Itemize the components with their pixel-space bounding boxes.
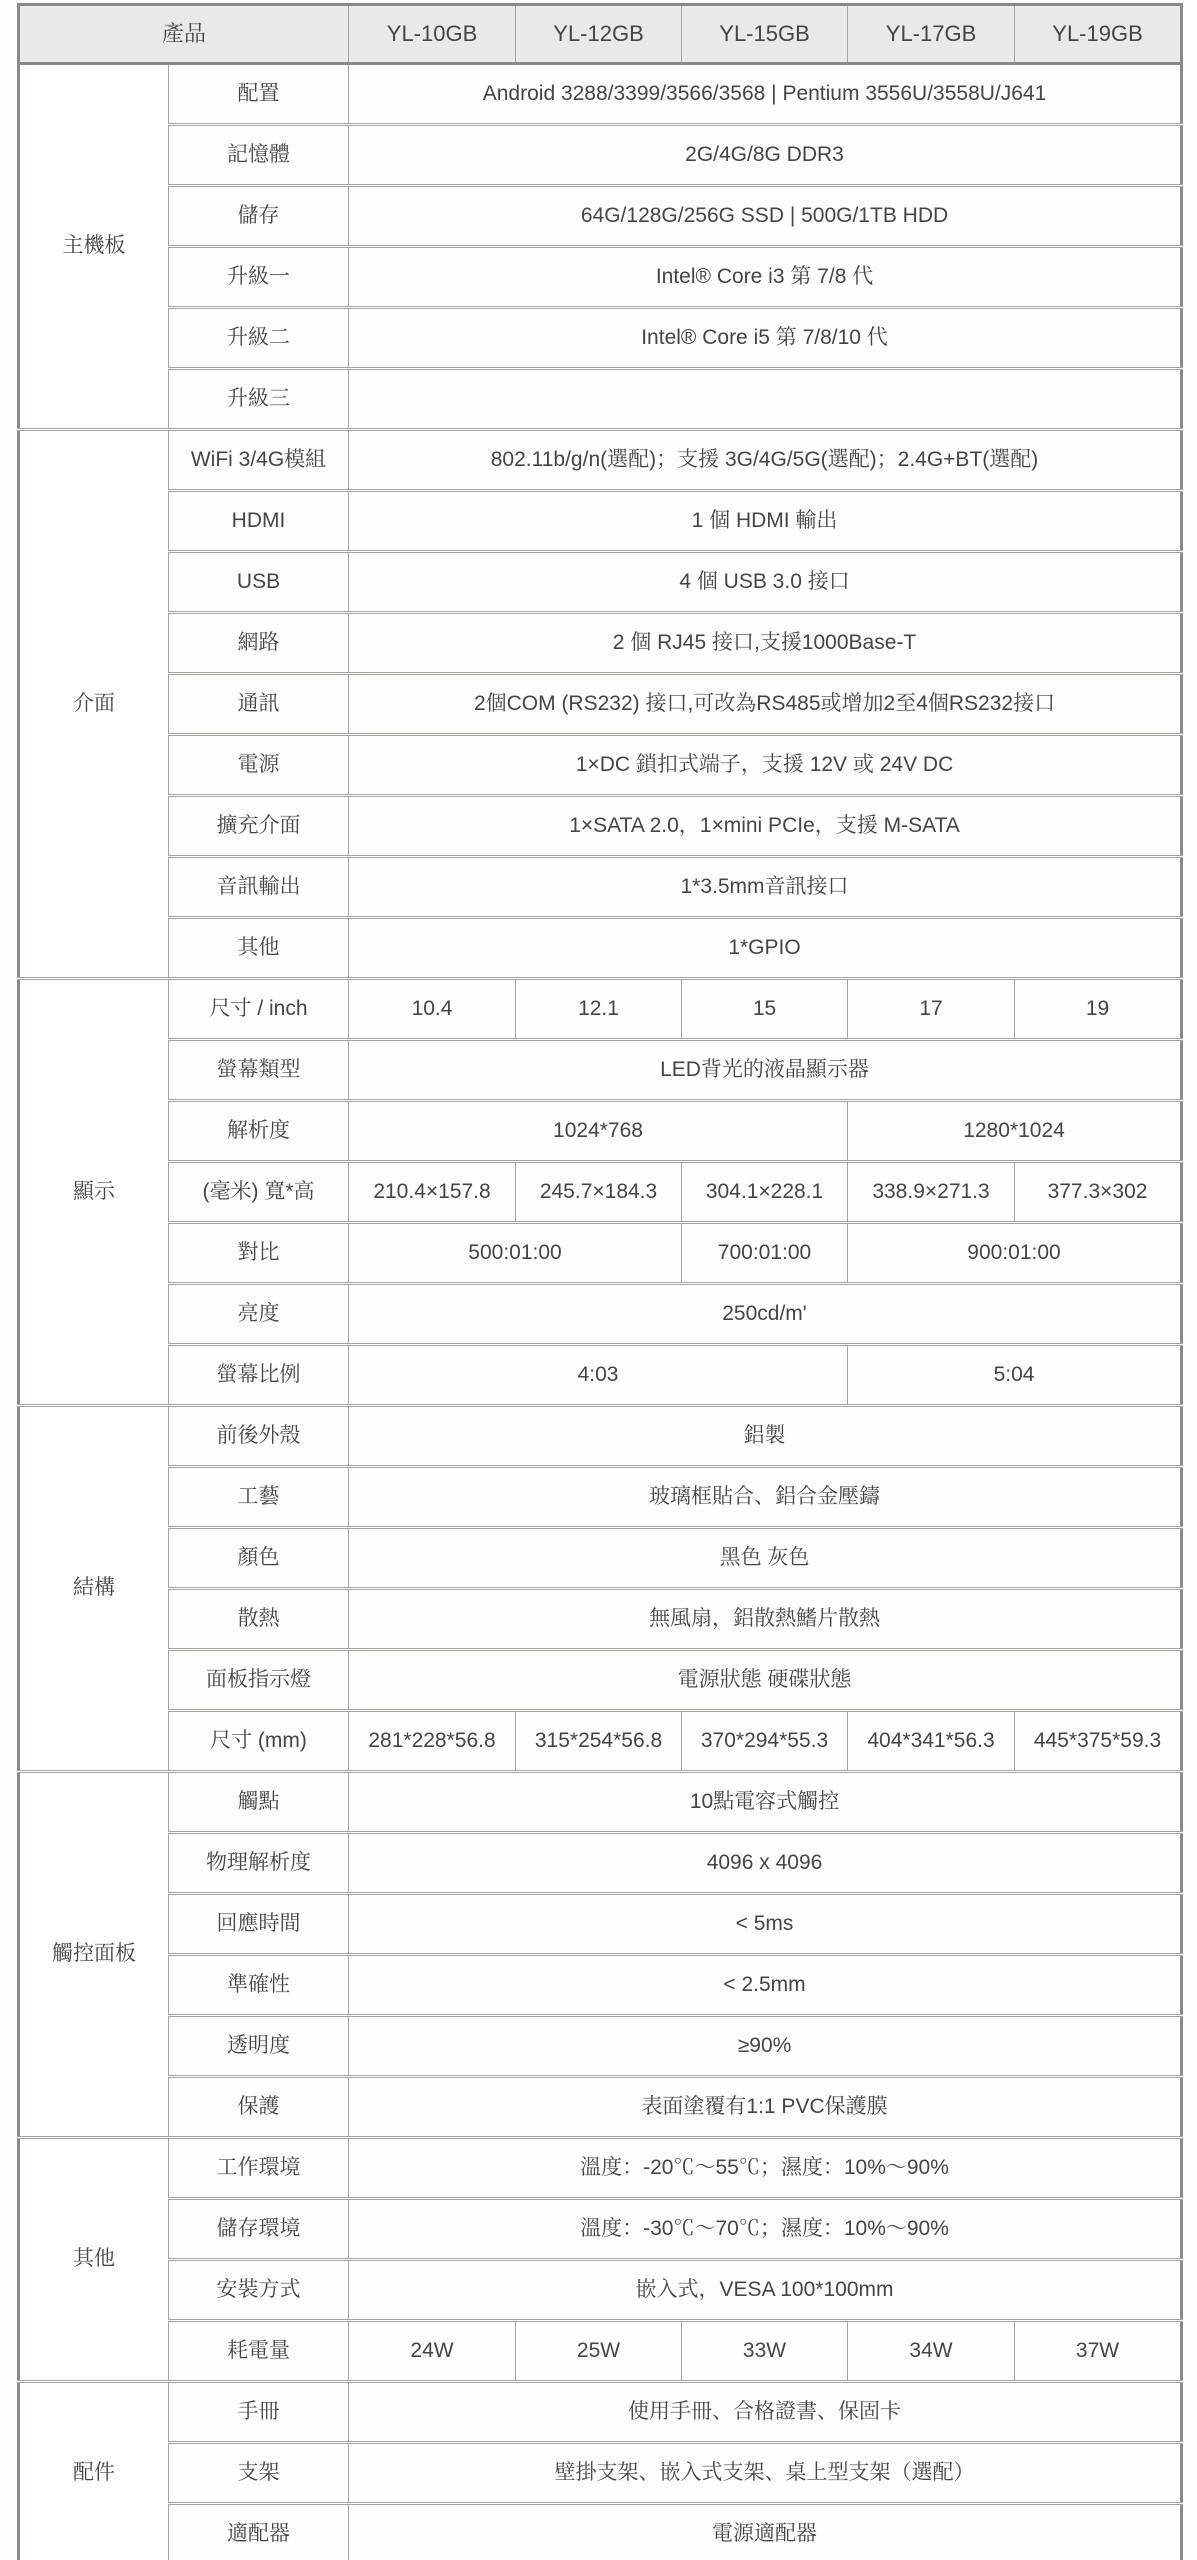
spec-value-cell: 24W [349,2321,516,2382]
spec-value-cell: < 5ms [349,1894,1182,1955]
spec-label-cell: 儲存 [169,186,349,247]
model-header-cell: YL-10GB [349,5,516,64]
spec-table: 產品YL-10GBYL-12GBYL-15GBYL-17GBYL-19GB 主機… [17,3,1183,2560]
spec-value-cell: 445*375*59.3 [1015,1711,1182,1772]
spec-value-cell: 1 個 HDMI 輸出 [349,491,1182,552]
spec-value-cell: 2 個 RJ45 接口,支援1000Base-T [349,613,1182,674]
spec-label-cell: 升級三 [169,369,349,430]
spec-label-cell: 物理解析度 [169,1833,349,1894]
spec-value-cell: 802.11b/g/n(選配)；支援 3G/4G/5G(選配)；2.4G+BT(… [349,430,1182,491]
spec-label-cell: 散熱 [169,1589,349,1650]
spec-value-cell: 1*GPIO [349,918,1182,979]
spec-value-cell: 5:04 [848,1345,1182,1406]
table-row: 結構前後外殼鋁製 [19,1406,1182,1467]
spec-value-cell: 700:01:00 [682,1223,848,1284]
spec-value-cell: 37W [1015,2321,1182,2382]
table-row: 亮度250cd/m' [19,1284,1182,1345]
spec-value-cell: 281*228*56.8 [349,1711,516,1772]
table-row: 電源1×DC 鎖扣式端子，支援 12V 或 24V DC [19,735,1182,796]
spec-value-cell: 1×DC 鎖扣式端子，支援 12V 或 24V DC [349,735,1182,796]
spec-value-cell: Intel® Core i3 第 7/8 代 [349,247,1182,308]
table-row: 解析度1024*7681280*1024 [19,1101,1182,1162]
spec-value-cell: 500:01:00 [349,1223,682,1284]
spec-label-cell: 安裝方式 [169,2260,349,2321]
table-row: 其他1*GPIO [19,918,1182,979]
table-row: 音訊輸出1*3.5mm音訊接口 [19,857,1182,918]
spec-value-cell: 1×SATA 2.0，1×mini PCIe，支援 M-SATA [349,796,1182,857]
table-row: 介面WiFi 3/4G模組802.11b/g/n(選配)；支援 3G/4G/5G… [19,430,1182,491]
spec-value-cell: 壁掛支架、嵌入式支架、桌上型支架（選配） [349,2443,1182,2504]
spec-value-cell: 玻璃框貼合、鋁合金壓鑄 [349,1467,1182,1528]
group-cell: 觸控面板 [19,1772,169,2138]
spec-value-cell: 使用手冊、合格證書、保固卡 [349,2382,1182,2443]
spec-label-cell: 其他 [169,918,349,979]
table-row: USB4 個 USB 3.0 接口 [19,552,1182,613]
table-row: 保護表面塗覆有1:1 PVC保護膜 [19,2077,1182,2138]
table-row: (毫米) 寬*高210.4×157.8245.7×184.3304.1×228.… [19,1162,1182,1223]
table-row: 面板指示燈電源狀態 硬碟狀態 [19,1650,1182,1711]
spec-value-cell: 377.3×302 [1015,1162,1182,1223]
spec-value-cell: 電源狀態 硬碟狀態 [349,1650,1182,1711]
group-cell: 配件 [19,2382,169,2560]
table-row: 其他工作環境溫度：-20℃～55℃；濕度：10%～90% [19,2138,1182,2199]
spec-label-cell: 儲存環境 [169,2199,349,2260]
spec-value-cell: 900:01:00 [848,1223,1182,1284]
spec-label-cell: 螢幕比例 [169,1345,349,1406]
group-cell: 主機板 [19,64,169,430]
spec-label-cell: 擴充介面 [169,796,349,857]
product-header-cell: 產品 [19,5,349,64]
spec-label-cell: 支架 [169,2443,349,2504]
spec-value-cell: 1024*768 [349,1101,848,1162]
spec-value-cell: 304.1×228.1 [682,1162,848,1223]
table-row: 散熱無風扇，鋁散熱鰭片散熱 [19,1589,1182,1650]
model-header-cell: YL-15GB [682,5,848,64]
spec-value-cell: 2個COM (RS232) 接口,可改為RS485或增加2至4個RS232接口 [349,674,1182,735]
table-row: 準確性< 2.5mm [19,1955,1182,2016]
spec-label-cell: 配置 [169,64,349,125]
spec-value-cell: 電源適配器 [349,2504,1182,2560]
spec-value-cell: 210.4×157.8 [349,1162,516,1223]
table-row: 觸控面板觸點10點電容式觸控 [19,1772,1182,1833]
table-row: 網路2 個 RJ45 接口,支援1000Base-T [19,613,1182,674]
spec-value-cell: LED背光的液晶顯示器 [349,1040,1182,1101]
table-row: 耗電量24W25W33W34W37W [19,2321,1182,2382]
model-header-cell: YL-17GB [848,5,1015,64]
spec-value-cell: < 2.5mm [349,1955,1182,2016]
spec-label-cell: 準確性 [169,1955,349,2016]
group-cell: 介面 [19,430,169,979]
spec-value-cell: ≥90% [349,2016,1182,2077]
spec-label-cell: 顏色 [169,1528,349,1589]
table-row: 安裝方式嵌入式，VESA 100*100mm [19,2260,1182,2321]
table-row: 顯示尺寸 / inch10.412.1151719 [19,979,1182,1040]
spec-label-cell: 音訊輸出 [169,857,349,918]
table-row: 升級二Intel® Core i5 第 7/8/10 代 [19,308,1182,369]
spec-value-cell: 338.9×271.3 [848,1162,1015,1223]
spec-label-cell: WiFi 3/4G模組 [169,430,349,491]
spec-value-cell: 25W [516,2321,682,2382]
spec-value-cell: 315*254*56.8 [516,1711,682,1772]
spec-value-cell: 10.4 [349,979,516,1040]
spec-label-cell: 工作環境 [169,2138,349,2199]
spec-label-cell: (毫米) 寬*高 [169,1162,349,1223]
spec-value-cell: 鋁製 [349,1406,1182,1467]
group-cell: 結構 [19,1406,169,1772]
spec-label-cell: 尺寸 / inch [169,979,349,1040]
spec-value-cell [349,369,1182,430]
spec-value-cell: Intel® Core i5 第 7/8/10 代 [349,308,1182,369]
spec-value-cell: 370*294*55.3 [682,1711,848,1772]
table-row: 回應時間< 5ms [19,1894,1182,1955]
spec-label-cell: 觸點 [169,1772,349,1833]
spec-label-cell: 透明度 [169,2016,349,2077]
table-row: 儲存環境溫度：-30℃～70℃；濕度：10%～90% [19,2199,1182,2260]
spec-label-cell: 手冊 [169,2382,349,2443]
model-header-cell: YL-19GB [1015,5,1182,64]
spec-value-cell: 4 個 USB 3.0 接口 [349,552,1182,613]
spec-value-cell: 2G/4G/8G DDR3 [349,125,1182,186]
spec-value-cell: 1*3.5mm音訊接口 [349,857,1182,918]
spec-value-cell: 黑色 灰色 [349,1528,1182,1589]
spec-value-cell: 64G/128G/256G SSD | 500G/1TB HDD [349,186,1182,247]
spec-value-cell: Android 3288/3399/3566/3568 | Pentium 35… [349,64,1182,125]
table-row: 記憶體2G/4G/8G DDR3 [19,125,1182,186]
table-row: 通訊2個COM (RS232) 接口,可改為RS485或增加2至4個RS232接… [19,674,1182,735]
spec-label-cell: 尺寸 (mm) [169,1711,349,1772]
spec-value-cell: 表面塗覆有1:1 PVC保護膜 [349,2077,1182,2138]
spec-value-cell: 4:03 [349,1345,848,1406]
table-row: 顏色黑色 灰色 [19,1528,1182,1589]
spec-value-cell: 12.1 [516,979,682,1040]
spec-value-cell: 10點電容式觸控 [349,1772,1182,1833]
spec-value-cell: 33W [682,2321,848,2382]
group-cell: 其他 [19,2138,169,2382]
spec-value-cell: 245.7×184.3 [516,1162,682,1223]
table-row: 配件手冊使用手冊、合格證書、保固卡 [19,2382,1182,2443]
spec-label-cell: 升級一 [169,247,349,308]
spec-label-cell: 工藝 [169,1467,349,1528]
table-row: 升級三 [19,369,1182,430]
spec-value-cell: 1280*1024 [848,1101,1182,1162]
spec-label-cell: 前後外殼 [169,1406,349,1467]
spec-value-cell: 溫度：-30℃～70℃；濕度：10%～90% [349,2199,1182,2260]
table-row: 儲存64G/128G/256G SSD | 500G/1TB HDD [19,186,1182,247]
spec-label-cell: 記憶體 [169,125,349,186]
spec-value-cell: 15 [682,979,848,1040]
spec-label-cell: 耗電量 [169,2321,349,2382]
table-row: 適配器電源適配器 [19,2504,1182,2560]
table-row: 透明度≥90% [19,2016,1182,2077]
spec-label-cell: 亮度 [169,1284,349,1345]
spec-value-cell: 溫度：-20℃～55℃；濕度：10%～90% [349,2138,1182,2199]
group-cell: 顯示 [19,979,169,1406]
spec-label-cell: 解析度 [169,1101,349,1162]
spec-label-cell: 通訊 [169,674,349,735]
model-header-cell: YL-12GB [516,5,682,64]
table-row: 升級一Intel® Core i3 第 7/8 代 [19,247,1182,308]
spec-value-cell: 404*341*56.3 [848,1711,1015,1772]
table-row: 擴充介面1×SATA 2.0，1×mini PCIe，支援 M-SATA [19,796,1182,857]
spec-label-cell: USB [169,552,349,613]
spec-value-cell: 250cd/m' [349,1284,1182,1345]
spec-value-cell: 4096 x 4096 [349,1833,1182,1894]
spec-label-cell: 螢幕類型 [169,1040,349,1101]
spec-label-cell: 保護 [169,2077,349,2138]
table-row: 主機板配置Android 3288/3399/3566/3568 | Penti… [19,64,1182,125]
header-row: 產品YL-10GBYL-12GBYL-15GBYL-17GBYL-19GB [19,5,1182,64]
table-row: HDMI1 個 HDMI 輸出 [19,491,1182,552]
spec-label-cell: 升級二 [169,308,349,369]
spec-label-cell: 對比 [169,1223,349,1284]
spec-value-cell: 無風扇，鋁散熱鰭片散熱 [349,1589,1182,1650]
spec-label-cell: HDMI [169,491,349,552]
spec-label-cell: 回應時間 [169,1894,349,1955]
table-row: 支架壁掛支架、嵌入式支架、桌上型支架（選配） [19,2443,1182,2504]
table-row: 螢幕比例4:035:04 [19,1345,1182,1406]
table-row: 物理解析度4096 x 4096 [19,1833,1182,1894]
spec-label-cell: 適配器 [169,2504,349,2560]
table-row: 螢幕類型LED背光的液晶顯示器 [19,1040,1182,1101]
spec-label-cell: 網路 [169,613,349,674]
table-row: 尺寸 (mm)281*228*56.8315*254*56.8370*294*5… [19,1711,1182,1772]
spec-value-cell: 嵌入式，VESA 100*100mm [349,2260,1182,2321]
spec-label-cell: 面板指示燈 [169,1650,349,1711]
spec-value-cell: 19 [1015,979,1182,1040]
spec-value-cell: 17 [848,979,1015,1040]
spec-value-cell: 34W [848,2321,1015,2382]
table-row: 對比500:01:00700:01:00900:01:00 [19,1223,1182,1284]
table-row: 工藝玻璃框貼合、鋁合金壓鑄 [19,1467,1182,1528]
spec-label-cell: 電源 [169,735,349,796]
